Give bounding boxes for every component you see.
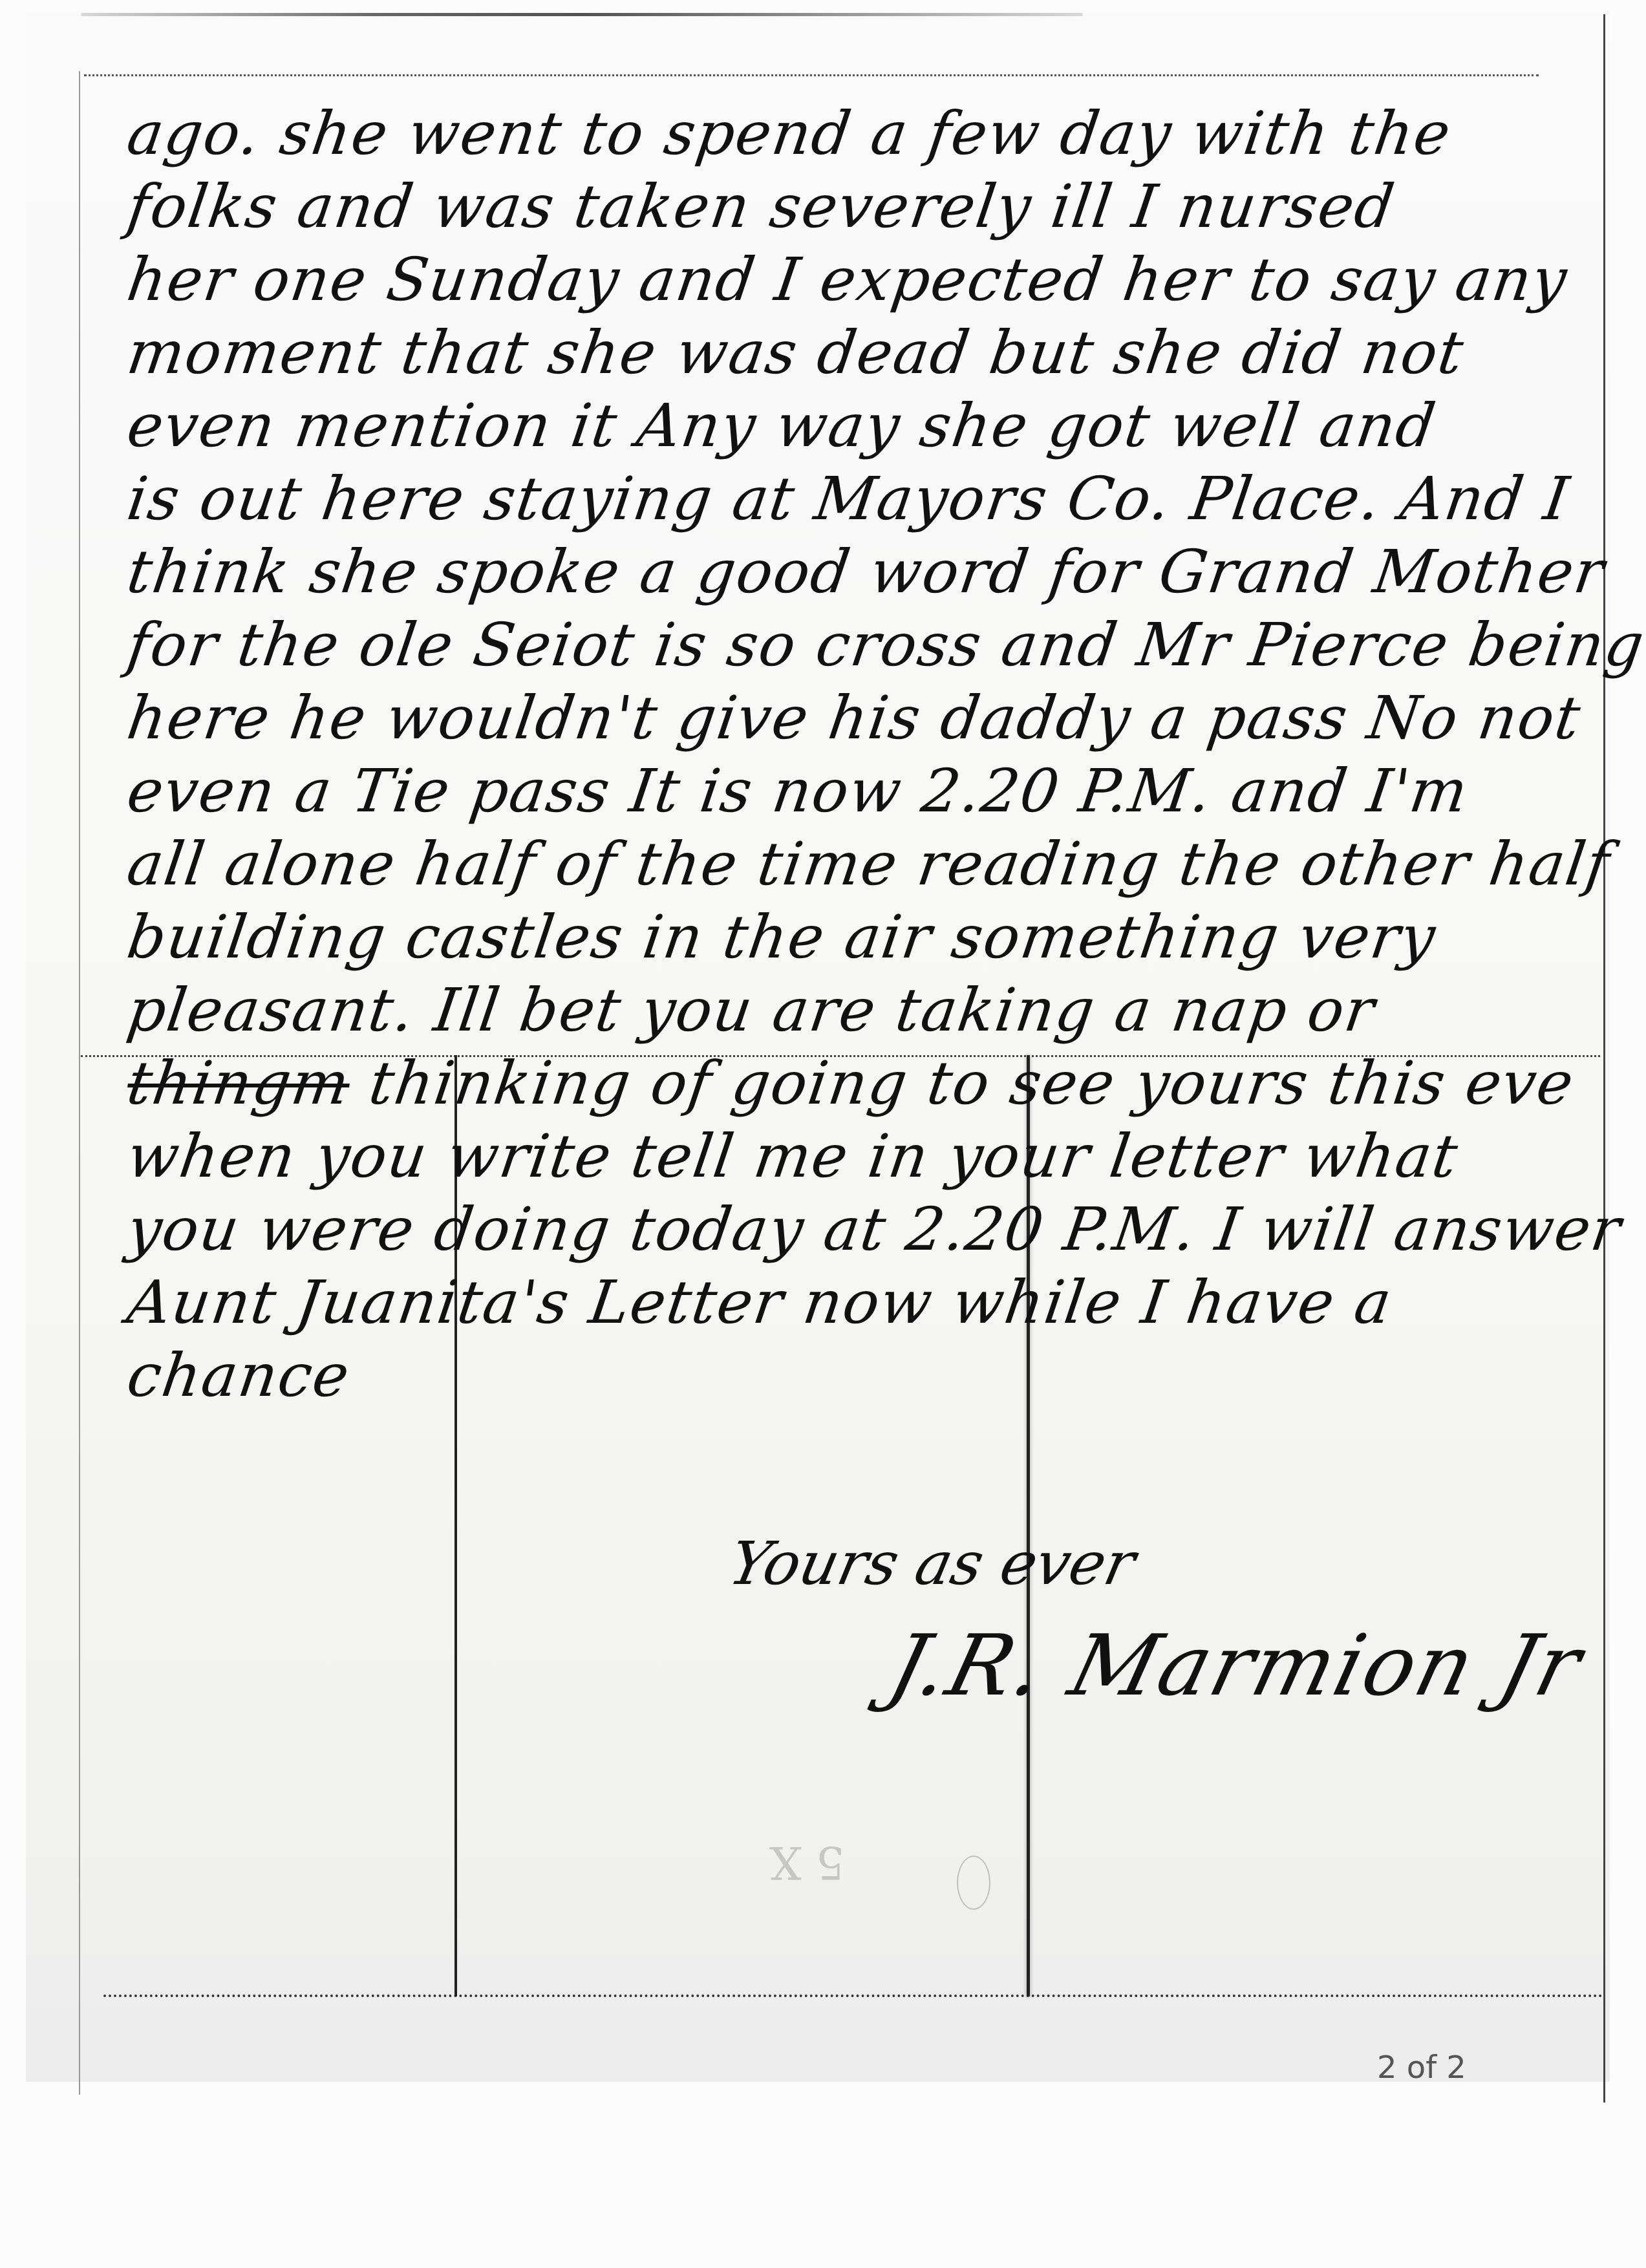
letter-line-with-strikeout: thingm thinking of going to see yours th… [123,1047,1555,1120]
pencil-annotation: 5 X [769,1836,845,1889]
struck-out-word: thingm [123,1049,354,1118]
top-fold-line [84,74,1539,78]
letter-line: folks and was taken severely ill I nurse… [123,170,1555,243]
top-edge-rule [81,13,1083,16]
letter-line: pleasant. Ill bet you are taking a nap o… [123,974,1555,1047]
letter-line: her one Sunday and I expected her to say… [123,243,1555,316]
letter-line: moment that she was dead but she did not [123,316,1555,389]
letter-line: chance [123,1339,1555,1412]
signature: J.R. Marmion Jr [880,1616,1592,1715]
letter-line: ago. she went to spend a few day with th… [123,97,1555,170]
letter-line: even mention it Any way she got well and [123,389,1555,462]
page-number: 2 of 2 [1377,2049,1466,2086]
letter-line: all alone half of the time reading the o… [123,828,1555,901]
right-page-edge [1603,14,1605,2102]
letter-line: building castles in the air something ve… [123,901,1555,974]
letter-line: you were doing today at 2.20 P.M. I will… [123,1193,1555,1266]
letter-line: here he wouldn't give his daddy a pass N… [123,681,1555,754]
letter-line: Aunt Juanita's Letter now while I have a [123,1266,1555,1339]
scan-background: ago. she went to spend a few day with th… [0,0,1646,2268]
bottom-fold-line [103,1995,1603,1999]
letter-line: think she spoke a good word for Grand Mo… [123,535,1555,608]
letter-line-text: thinking of going to see yours this eve [345,1049,1578,1118]
pencil-circle-mark [957,1856,990,1910]
letter-closing: Yours as ever [723,1529,1142,1598]
letter-line: is out here staying at Mayors Co. Place.… [123,462,1555,535]
letter-line: even a Tie pass It is now 2.20 P.M. and … [123,754,1555,828]
letter-body: ago. she went to spend a few day with th… [123,97,1545,1412]
left-page-edge [79,71,80,2095]
letter-line: when you write tell me in your letter wh… [123,1120,1555,1193]
letter-line: for the ole Seiot is so cross and Mr Pie… [123,608,1555,681]
